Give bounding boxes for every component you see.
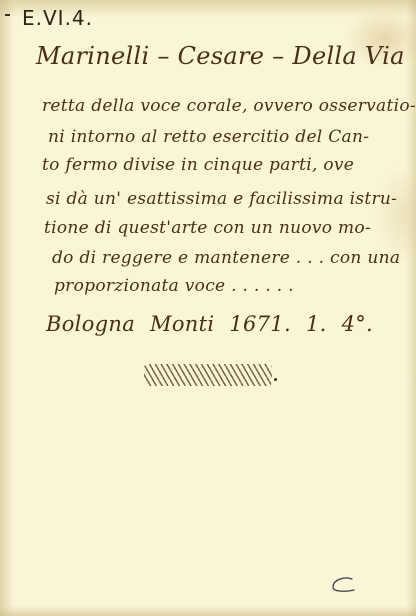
imprint-format: 4°. bbox=[342, 312, 373, 336]
pencil-mark-c-icon bbox=[330, 576, 356, 594]
imprint-volume: 1. bbox=[306, 312, 327, 336]
margin-dash bbox=[5, 14, 10, 16]
title-line: ni intorno al retto esercitio del Can- bbox=[48, 127, 369, 147]
title-line: to fermo divise in cinque parti, ove bbox=[42, 155, 354, 175]
imprint-place: Bologna bbox=[46, 312, 135, 336]
ink-dot bbox=[274, 378, 277, 381]
title-line: retta della voce corale, ovvero osservat… bbox=[42, 96, 416, 116]
imprint-year: 1671. bbox=[229, 312, 291, 336]
title-line: si dà un' esattissima e facilissima istr… bbox=[46, 189, 397, 209]
title-line: tione di quest'arte con un nuovo mo- bbox=[44, 218, 371, 238]
struck-out-word bbox=[144, 364, 272, 386]
imprint-line: Bologna Monti 1671. 1. 4°. bbox=[46, 312, 373, 336]
manuscript-page: E.VI.4. Marinelli – Cesare – Della Via r… bbox=[0, 0, 416, 616]
title-line: do di reggere e mantenere . . . con una bbox=[52, 248, 400, 268]
title-line: proporzionata voce . . . . . . bbox=[54, 276, 294, 296]
imprint-printer: Monti bbox=[150, 312, 214, 336]
author-line: Marinelli – Cesare – Della Via bbox=[36, 42, 405, 70]
shelfmark: E.VI.4. bbox=[22, 6, 93, 30]
